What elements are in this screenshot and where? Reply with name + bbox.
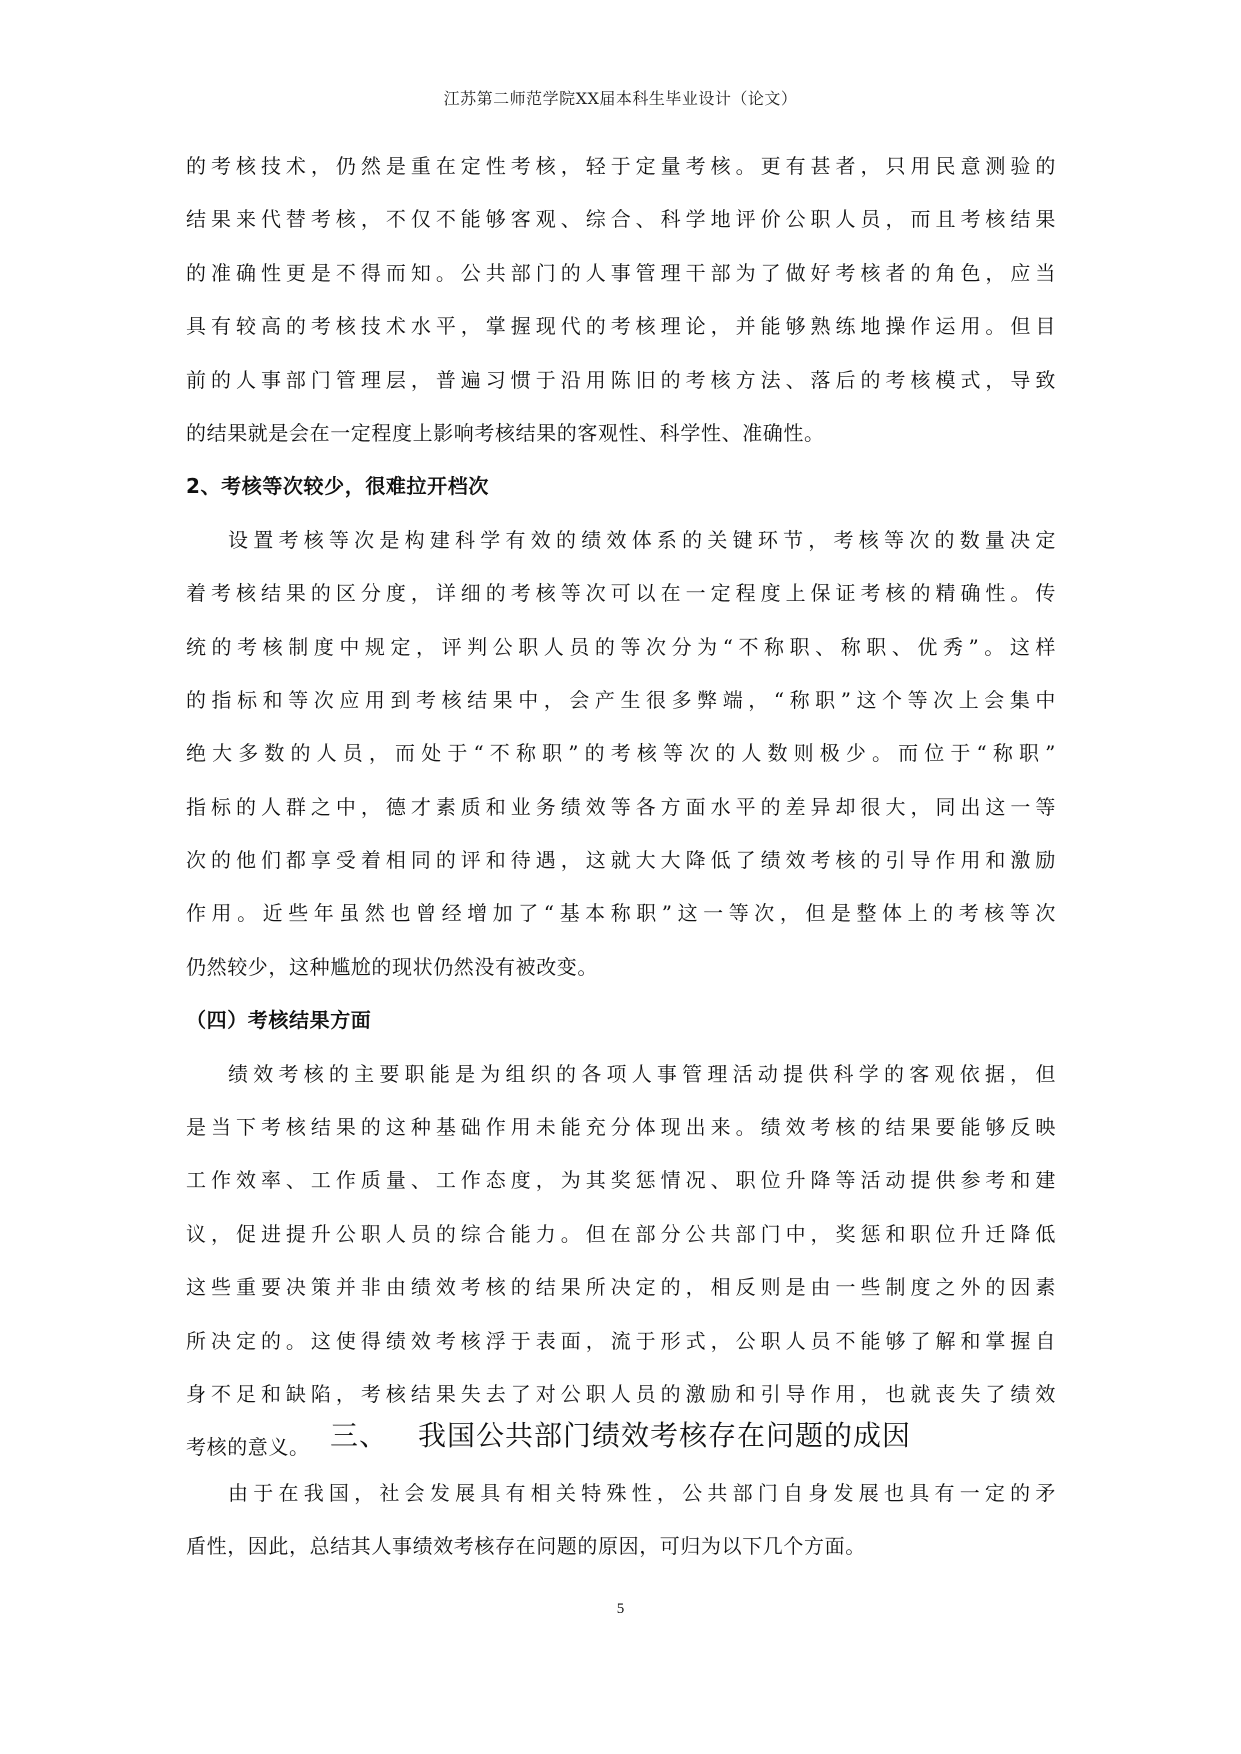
text-line: 是当下考核结果的这种基础作用未能充分体现出来。绩效考核的结果要能够反映 bbox=[186, 1101, 1056, 1154]
text-line: 统的考核制度中规定，评判公职人员的等次分为“不称职、称职、优秀”。这样 bbox=[186, 621, 1056, 674]
text-line: 仍然较少，这种尴尬的现状仍然没有被改变。 bbox=[186, 941, 1056, 994]
text-line: 次的他们都享受着相同的评和待遇，这就大大降低了绩效考核的引导作用和激励 bbox=[186, 834, 1056, 887]
text-line: 绝大多数的人员，而处于“不称职”的考核等次的人数则极少。而位于“称职” bbox=[186, 727, 1056, 780]
text-line: 绩效考核的主要职能是为组织的各项人事管理活动提供科学的客观依据，但 bbox=[186, 1048, 1056, 1101]
section-title: 三、 我国公共部门绩效考核存在问题的成因 bbox=[0, 1414, 1241, 1454]
text-line: 的准确性更是不得而知。公共部门的人事管理干部为了做好考核者的角色，应当 bbox=[186, 247, 1056, 300]
paragraph-assessment-grades: 设置考核等次是构建科学有效的绩效体系的关键环节，考核等次的数量决定 着考核结果的… bbox=[186, 514, 1056, 995]
text-line: 工作效率、工作质量、工作态度，为其奖惩情况、职位升降等活动提供参考和建 bbox=[186, 1154, 1056, 1207]
text-line: 指标的人群之中，德才素质和业务绩效等各方面水平的差异却很大，同出这一等 bbox=[186, 781, 1056, 834]
document-body-continued: 由于在我国，社会发展具有相关特殊性，公共部门自身发展也具有一定的矛 盾性，因此，… bbox=[186, 1467, 1056, 1574]
text-line: 盾性，因此，总结其人事绩效考核存在问题的原因，可归为以下几个方面。 bbox=[186, 1520, 1056, 1573]
document-body: 的考核技术，仍然是重在定性考核，轻于定量考核。更有甚者，只用民意测验的 结果来代… bbox=[186, 140, 1056, 1475]
text-line: 具有较高的考核技术水平，掌握现代的考核理论，并能够熟练地操作运用。但目 bbox=[186, 300, 1056, 353]
subheading-assessment-results: （四）考核结果方面 bbox=[186, 994, 1056, 1047]
text-line: 前的人事部门管理层，普遍习惯于沿用陈旧的考核方法、落后的考核模式，导致 bbox=[186, 354, 1056, 407]
text-line: 着考核结果的区分度，详细的考核等次可以在一定程度上保证考核的精确性。传 bbox=[186, 567, 1056, 620]
paragraph-assessment-results: 绩效考核的主要职能是为组织的各项人事管理活动提供科学的客观依据，但 是当下考核结… bbox=[186, 1048, 1056, 1475]
text-line: 的结果就是会在一定程度上影响考核结果的客观性、科学性、准确性。 bbox=[186, 407, 1056, 460]
text-line: 设置考核等次是构建科学有效的绩效体系的关键环节，考核等次的数量决定 bbox=[186, 514, 1056, 567]
text-line: 的考核技术，仍然是重在定性考核，轻于定量考核。更有甚者，只用民意测验的 bbox=[186, 140, 1056, 193]
page-number: 5 bbox=[0, 1601, 1241, 1618]
text-line: 结果来代替考核，不仅不能够客观、综合、科学地评价公职人员，而且考核结果 bbox=[186, 193, 1056, 246]
text-line: 议，促进提升公职人员的综合能力。但在部分公共部门中，奖惩和职位升迁降低 bbox=[186, 1208, 1056, 1261]
page-header: 江苏第二师范学院XX届本科生毕业设计（论文） bbox=[0, 86, 1241, 109]
text-line: 的指标和等次应用到考核结果中，会产生很多弊端，“称职”这个等次上会集中 bbox=[186, 674, 1056, 727]
text-line: 由于在我国，社会发展具有相关特殊性，公共部门自身发展也具有一定的矛 bbox=[186, 1467, 1056, 1520]
text-line: 作用。近些年虽然也曾经增加了“基本称职”这一等次，但是整体上的考核等次 bbox=[186, 887, 1056, 940]
paragraph-causes-intro: 由于在我国，社会发展具有相关特殊性，公共部门自身发展也具有一定的矛 盾性，因此，… bbox=[186, 1467, 1056, 1574]
text-line: 这些重要决策并非由绩效考核的结果所决定的，相反则是由一些制度之外的因素 bbox=[186, 1261, 1056, 1314]
paragraph-assessment-techniques: 的考核技术，仍然是重在定性考核，轻于定量考核。更有甚者，只用民意测验的 结果来代… bbox=[186, 140, 1056, 460]
text-line: 所决定的。这使得绩效考核浮于表面，流于形式，公职人员不能够了解和掌握自 bbox=[186, 1315, 1056, 1368]
subheading-assessment-grades: 2、考核等次较少，很难拉开档次 bbox=[186, 460, 1056, 513]
